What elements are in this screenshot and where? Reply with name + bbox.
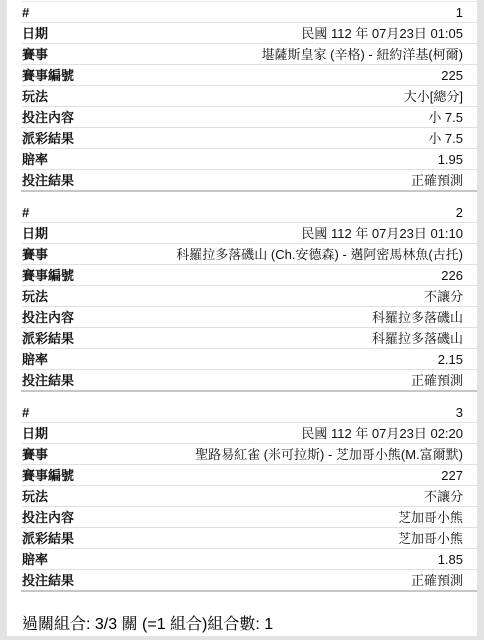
field-label-payout-result: 派彩結果 [22,131,84,146]
field-label-event-id: 賽事編號 [22,268,84,283]
record-event-id-value: 227 [84,468,463,483]
field-label-event: 賽事 [22,447,58,462]
field-label-event-id: 賽事編號 [22,68,84,83]
field-label-odds: 賠率 [22,152,58,167]
record-payout-result-value: 小 7.5 [84,131,463,146]
row-bet-content: 投注內容 芝加哥小熊 [21,507,477,528]
row-number: # 1 [21,1,477,23]
field-label-bet-result: 投注結果 [22,373,84,388]
record-bet-content-value: 科羅拉多落磯山 [84,310,463,325]
row-odds: 賠率 2.15 [21,349,477,370]
record-odds-value: 1.95 [58,152,463,167]
row-play-type: 玩法 不讓分 [21,286,477,307]
field-label-payout-result: 派彩結果 [22,531,84,546]
row-odds: 賠率 1.85 [21,549,477,570]
record-event-value: 科羅拉多落磯山 (Ch.安德森) - 邁阿密馬林魚(古托) [58,247,463,262]
row-bet-result: 投注結果 正確預測 [21,570,477,592]
record-bet-content-value: 芝加哥小熊 [84,510,463,525]
row-date: 日期 民國 112 年 07月23日 02:20 [21,423,477,444]
record-bet-result-value: 正確預測 [84,173,463,188]
field-label-bet-result: 投注結果 [22,573,84,588]
field-label-number: # [22,5,39,20]
field-label-bet-content: 投注內容 [22,510,84,525]
row-bet-result: 投注結果 正確預測 [21,170,477,192]
row-bet-content: 投注內容 科羅拉多落磯山 [21,307,477,328]
record-bet-result-value: 正確預測 [84,373,463,388]
field-label-bet-content: 投注內容 [22,310,84,325]
record-date-value: 民國 112 年 07月23日 01:05 [58,26,463,41]
record-payout-result-value: 芝加哥小熊 [84,531,463,546]
row-payout-result: 派彩結果 芝加哥小熊 [21,528,477,549]
record-odds-value: 1.85 [58,552,463,567]
record-number-value: 2 [39,205,463,220]
row-play-type: 玩法 不讓分 [21,486,477,507]
field-label-number: # [22,405,39,420]
record-bet-content-value: 小 7.5 [84,110,463,125]
row-number: # 3 [21,402,477,423]
row-play-type: 玩法 大小[總分] [21,86,477,107]
bet-record: # 3 日期 民國 112 年 07月23日 02:20 賽事 聖路易紅雀 (米… [7,402,477,592]
bet-history-page: # 1 日期 民國 112 年 07月23日 01:05 賽事 堪薩斯皇家 (辛… [7,0,477,636]
field-label-bet-result: 投注結果 [22,173,84,188]
record-bet-result-value: 正確預測 [84,573,463,588]
record-play-type-value: 不讓分 [58,489,463,504]
field-label-play-type: 玩法 [22,289,58,304]
record-number-value: 1 [39,5,463,20]
record-play-type-value: 不讓分 [58,289,463,304]
field-label-date: 日期 [22,226,58,241]
field-label-event: 賽事 [22,47,58,62]
field-label-play-type: 玩法 [22,489,58,504]
row-event: 賽事 堪薩斯皇家 (辛格) - 紐約洋基(柯爾) [21,44,477,65]
record-date-value: 民國 112 年 07月23日 02:20 [58,426,463,441]
record-number-value: 3 [39,405,463,420]
row-date: 日期 民國 112 年 07月23日 01:05 [21,23,477,44]
row-payout-result: 派彩結果 小 7.5 [21,128,477,149]
field-label-date: 日期 [22,426,58,441]
row-event: 賽事 科羅拉多落磯山 (Ch.安德森) - 邁阿密馬林魚(古托) [21,244,477,265]
field-label-event: 賽事 [22,247,58,262]
row-event-id: 賽事編號 227 [21,465,477,486]
row-payout-result: 派彩結果 科羅拉多落磯山 [21,328,477,349]
row-bet-result: 投注結果 正確預測 [21,370,477,392]
field-label-payout-result: 派彩結果 [22,331,84,346]
row-odds: 賠率 1.95 [21,149,477,170]
row-event-id: 賽事編號 225 [21,65,477,86]
row-number: # 2 [21,202,477,223]
record-payout-result-value: 科羅拉多落磯山 [84,331,463,346]
bet-record: # 2 日期 民國 112 年 07月23日 01:10 賽事 科羅拉多落磯山 … [7,202,477,392]
field-label-play-type: 玩法 [22,89,58,104]
parlay-summary: 過關組合: 3/3 關 (=1 組合)組合數: 1 [7,602,477,635]
record-odds-value: 2.15 [58,352,463,367]
record-event-value: 聖路易紅雀 (米可拉斯) - 芝加哥小熊(M.富爾默) [58,447,463,462]
row-event: 賽事 聖路易紅雀 (米可拉斯) - 芝加哥小熊(M.富爾默) [21,444,477,465]
field-label-event-id: 賽事編號 [22,468,84,483]
records-container: # 1 日期 民國 112 年 07月23日 01:05 賽事 堪薩斯皇家 (辛… [7,1,477,592]
row-date: 日期 民國 112 年 07月23日 01:10 [21,223,477,244]
field-label-odds: 賠率 [22,352,58,367]
record-play-type-value: 大小[總分] [58,89,463,104]
field-label-number: # [22,205,39,220]
row-event-id: 賽事編號 226 [21,265,477,286]
record-event-id-value: 225 [84,68,463,83]
bet-record: # 1 日期 民國 112 年 07月23日 01:05 賽事 堪薩斯皇家 (辛… [7,1,477,192]
row-bet-content: 投注內容 小 7.5 [21,107,477,128]
field-label-date: 日期 [22,26,58,41]
record-event-value: 堪薩斯皇家 (辛格) - 紐約洋基(柯爾) [58,47,463,62]
field-label-odds: 賠率 [22,552,58,567]
record-event-id-value: 226 [84,268,463,283]
record-date-value: 民國 112 年 07月23日 01:10 [58,226,463,241]
field-label-bet-content: 投注內容 [22,110,84,125]
